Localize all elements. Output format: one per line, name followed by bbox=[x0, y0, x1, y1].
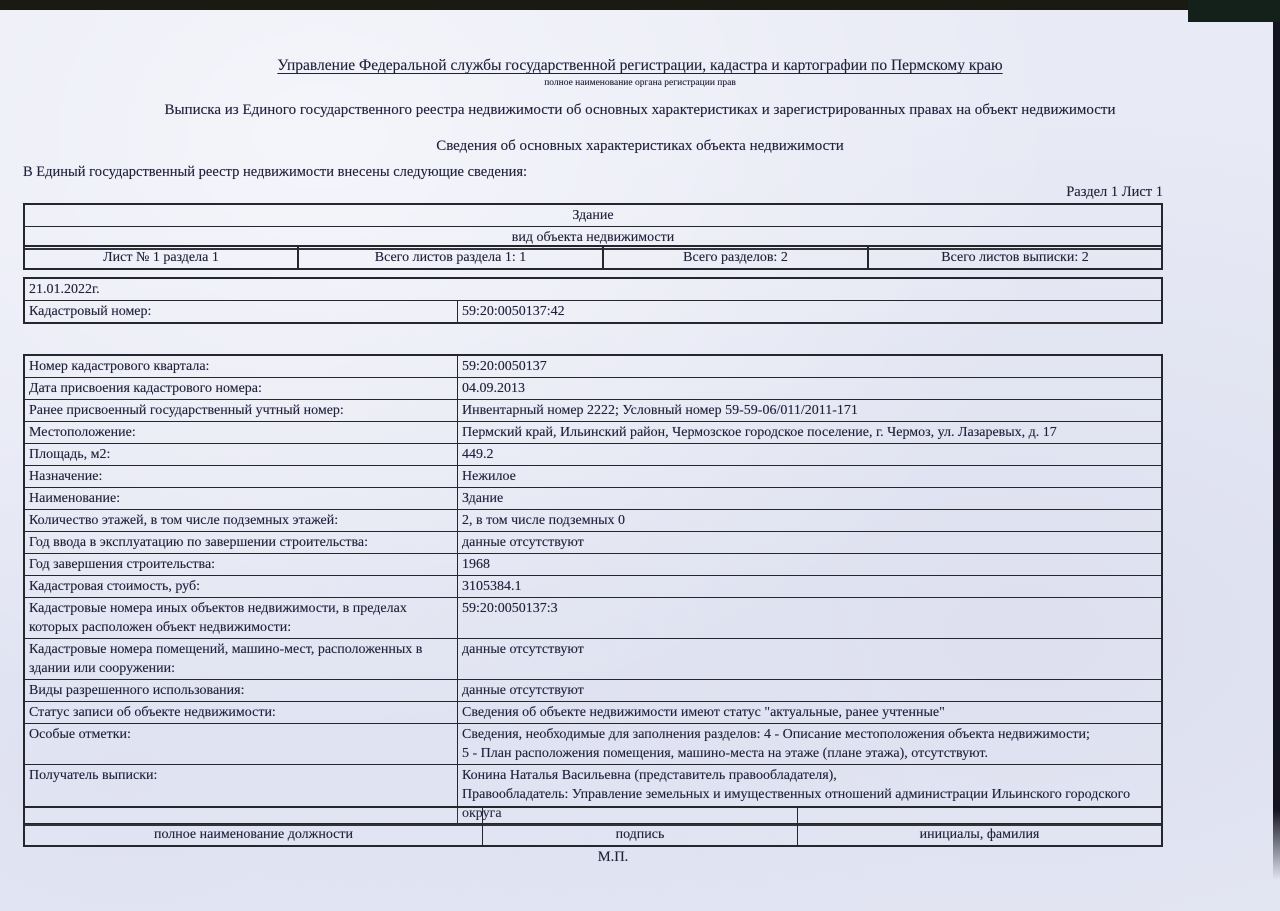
row-label: Год ввода в эксплуатацию по завершении с… bbox=[25, 532, 457, 553]
row-value: 59:20:0050137 bbox=[457, 356, 1161, 377]
table-row: Площадь, м2: 449.2 bbox=[25, 443, 1161, 465]
row-value: 59:20:0050137:42 bbox=[457, 301, 1161, 322]
row-label: Год завершения строительства: bbox=[25, 554, 457, 575]
table-row: Кадастровые номера помещений, машино-мес… bbox=[25, 638, 1161, 679]
row-label: Статус записи об объекте недвижимости: bbox=[25, 702, 457, 723]
table-row: 21.01.2022г. bbox=[25, 279, 1161, 300]
total-sheets-section-cell: Всего листов раздела 1: 1 bbox=[297, 247, 602, 268]
row-value: данные отсутствуют bbox=[457, 680, 1161, 701]
table-row: Кадастровая стоимость, руб: 3105384.1 bbox=[25, 575, 1161, 597]
row-value: Пермский край, Ильинский район, Чермозск… bbox=[457, 422, 1161, 443]
row-label: Номер кадастрового квартала: bbox=[25, 356, 457, 377]
row-value: 04.09.2013 bbox=[457, 378, 1161, 399]
extract-date: 21.01.2022г. bbox=[25, 279, 1161, 300]
main-characteristics-table: Номер кадастрового квартала: 59:20:00501… bbox=[23, 354, 1163, 826]
table-row: Виды разрешенного использования: данные … bbox=[25, 679, 1161, 701]
row-value: Здание bbox=[457, 488, 1161, 509]
row-value: 3105384.1 bbox=[457, 576, 1161, 597]
date-cadastral-table: 21.01.2022г. Кадастровый номер: 59:20:00… bbox=[23, 277, 1163, 324]
signature-name-blank bbox=[797, 808, 1161, 823]
section-marker: Раздел 1 Лист 1 bbox=[1066, 184, 1163, 201]
row-label: Ранее присвоенный государственный учтный… bbox=[25, 400, 457, 421]
row-value: данные отсутствуют bbox=[457, 639, 1161, 679]
total-sheets-extract-cell: Всего листов выписки: 2 bbox=[867, 247, 1161, 268]
table-row: Назначение: Нежилое bbox=[25, 465, 1161, 487]
sheet-number-cell: Лист № 1 раздела 1 bbox=[25, 247, 297, 268]
table-row: Наименование: Здание bbox=[25, 487, 1161, 509]
table-row: Лист № 1 раздела 1 Всего листов раздела … bbox=[25, 247, 1161, 268]
table-row: Здание bbox=[25, 205, 1161, 226]
row-value: 1968 bbox=[457, 554, 1161, 575]
table-row: Кадастровые номера иных объектов недвижи… bbox=[25, 597, 1161, 638]
row-label: Кадастровые номера помещений, машино-мес… bbox=[25, 639, 457, 679]
org-subtitle: полное наименование органа регистрации п… bbox=[0, 78, 1280, 88]
row-label: Дата присвоения кадастрового номера: bbox=[25, 378, 457, 399]
scan-artifact-corner bbox=[1188, 0, 1280, 22]
table-row: Статус записи об объекте недвижимости: С… bbox=[25, 701, 1161, 723]
org-title: Управление Федеральной службы государств… bbox=[0, 57, 1280, 75]
table-row: Год завершения строительства: 1968 bbox=[25, 553, 1161, 575]
document-title: Выписка из Единого государственного реес… bbox=[0, 102, 1280, 119]
intro-line: В Единый государственный реестр недвижим… bbox=[23, 164, 527, 181]
row-label: Количество этажей, в том числе подземных… bbox=[25, 510, 457, 531]
signature-name-header: инициалы, фамилия bbox=[797, 824, 1161, 845]
row-label: Особые отметки: bbox=[25, 724, 457, 764]
section-title: Сведения об основных характеристиках объ… bbox=[0, 138, 1280, 155]
object-type-table: Здание вид объекта недвижимости bbox=[23, 203, 1163, 250]
row-value: Инвентарный номер 2222; Условный номер 5… bbox=[457, 400, 1161, 421]
row-label: Кадастровая стоимость, руб: bbox=[25, 576, 457, 597]
row-label: Кадастровый номер: bbox=[25, 301, 457, 322]
row-value: 449.2 bbox=[457, 444, 1161, 465]
table-row: Особые отметки: Сведения, необходимые дл… bbox=[25, 723, 1161, 764]
table-row: Номер кадастрового квартала: 59:20:00501… bbox=[25, 356, 1161, 377]
row-value: Нежилое bbox=[457, 466, 1161, 487]
signature-position-blank bbox=[25, 808, 482, 823]
scan-artifact-top-band bbox=[0, 0, 1280, 10]
row-value: Сведения, необходимые для заполнения раз… bbox=[457, 724, 1161, 764]
total-sections-cell: Всего разделов: 2 bbox=[602, 247, 867, 268]
row-label: Назначение: bbox=[25, 466, 457, 487]
table-row: Ранее присвоенный государственный учтный… bbox=[25, 399, 1161, 421]
table-row bbox=[25, 808, 1161, 823]
signature-position-header: полное наименование должности bbox=[25, 824, 482, 845]
row-value: 59:20:0050137:3 bbox=[457, 598, 1161, 638]
object-type-value: Здание bbox=[25, 205, 1161, 226]
sheet-info-table: Лист № 1 раздела 1 Всего листов раздела … bbox=[23, 245, 1163, 270]
row-value: Сведения об объекте недвижимости имеют с… bbox=[457, 702, 1161, 723]
signature-table: полное наименование должности подпись ин… bbox=[23, 806, 1163, 847]
row-label: Виды разрешенного использования: bbox=[25, 680, 457, 701]
signature-header: подпись bbox=[482, 824, 797, 845]
row-label: Наименование: bbox=[25, 488, 457, 509]
table-row: Количество этажей, в том числе подземных… bbox=[25, 509, 1161, 531]
table-row: Местоположение: Пермский край, Ильинский… bbox=[25, 421, 1161, 443]
row-value: данные отсутствуют bbox=[457, 532, 1161, 553]
table-row: Кадастровый номер: 59:20:0050137:42 bbox=[25, 300, 1161, 322]
table-row: полное наименование должности подпись ин… bbox=[25, 823, 1161, 845]
table-row: Дата присвоения кадастрового номера: 04.… bbox=[25, 377, 1161, 399]
row-label: Местоположение: bbox=[25, 422, 457, 443]
row-value: 2, в том числе подземных 0 bbox=[457, 510, 1161, 531]
row-label: Площадь, м2: bbox=[25, 444, 457, 465]
table-row: Год ввода в эксплуатацию по завершении с… bbox=[25, 531, 1161, 553]
signature-blank bbox=[482, 808, 797, 823]
stamp-place-label: М.П. bbox=[23, 849, 1203, 866]
row-label: Кадастровые номера иных объектов недвижи… bbox=[25, 598, 457, 638]
scan-artifact-right-band bbox=[1273, 0, 1280, 880]
